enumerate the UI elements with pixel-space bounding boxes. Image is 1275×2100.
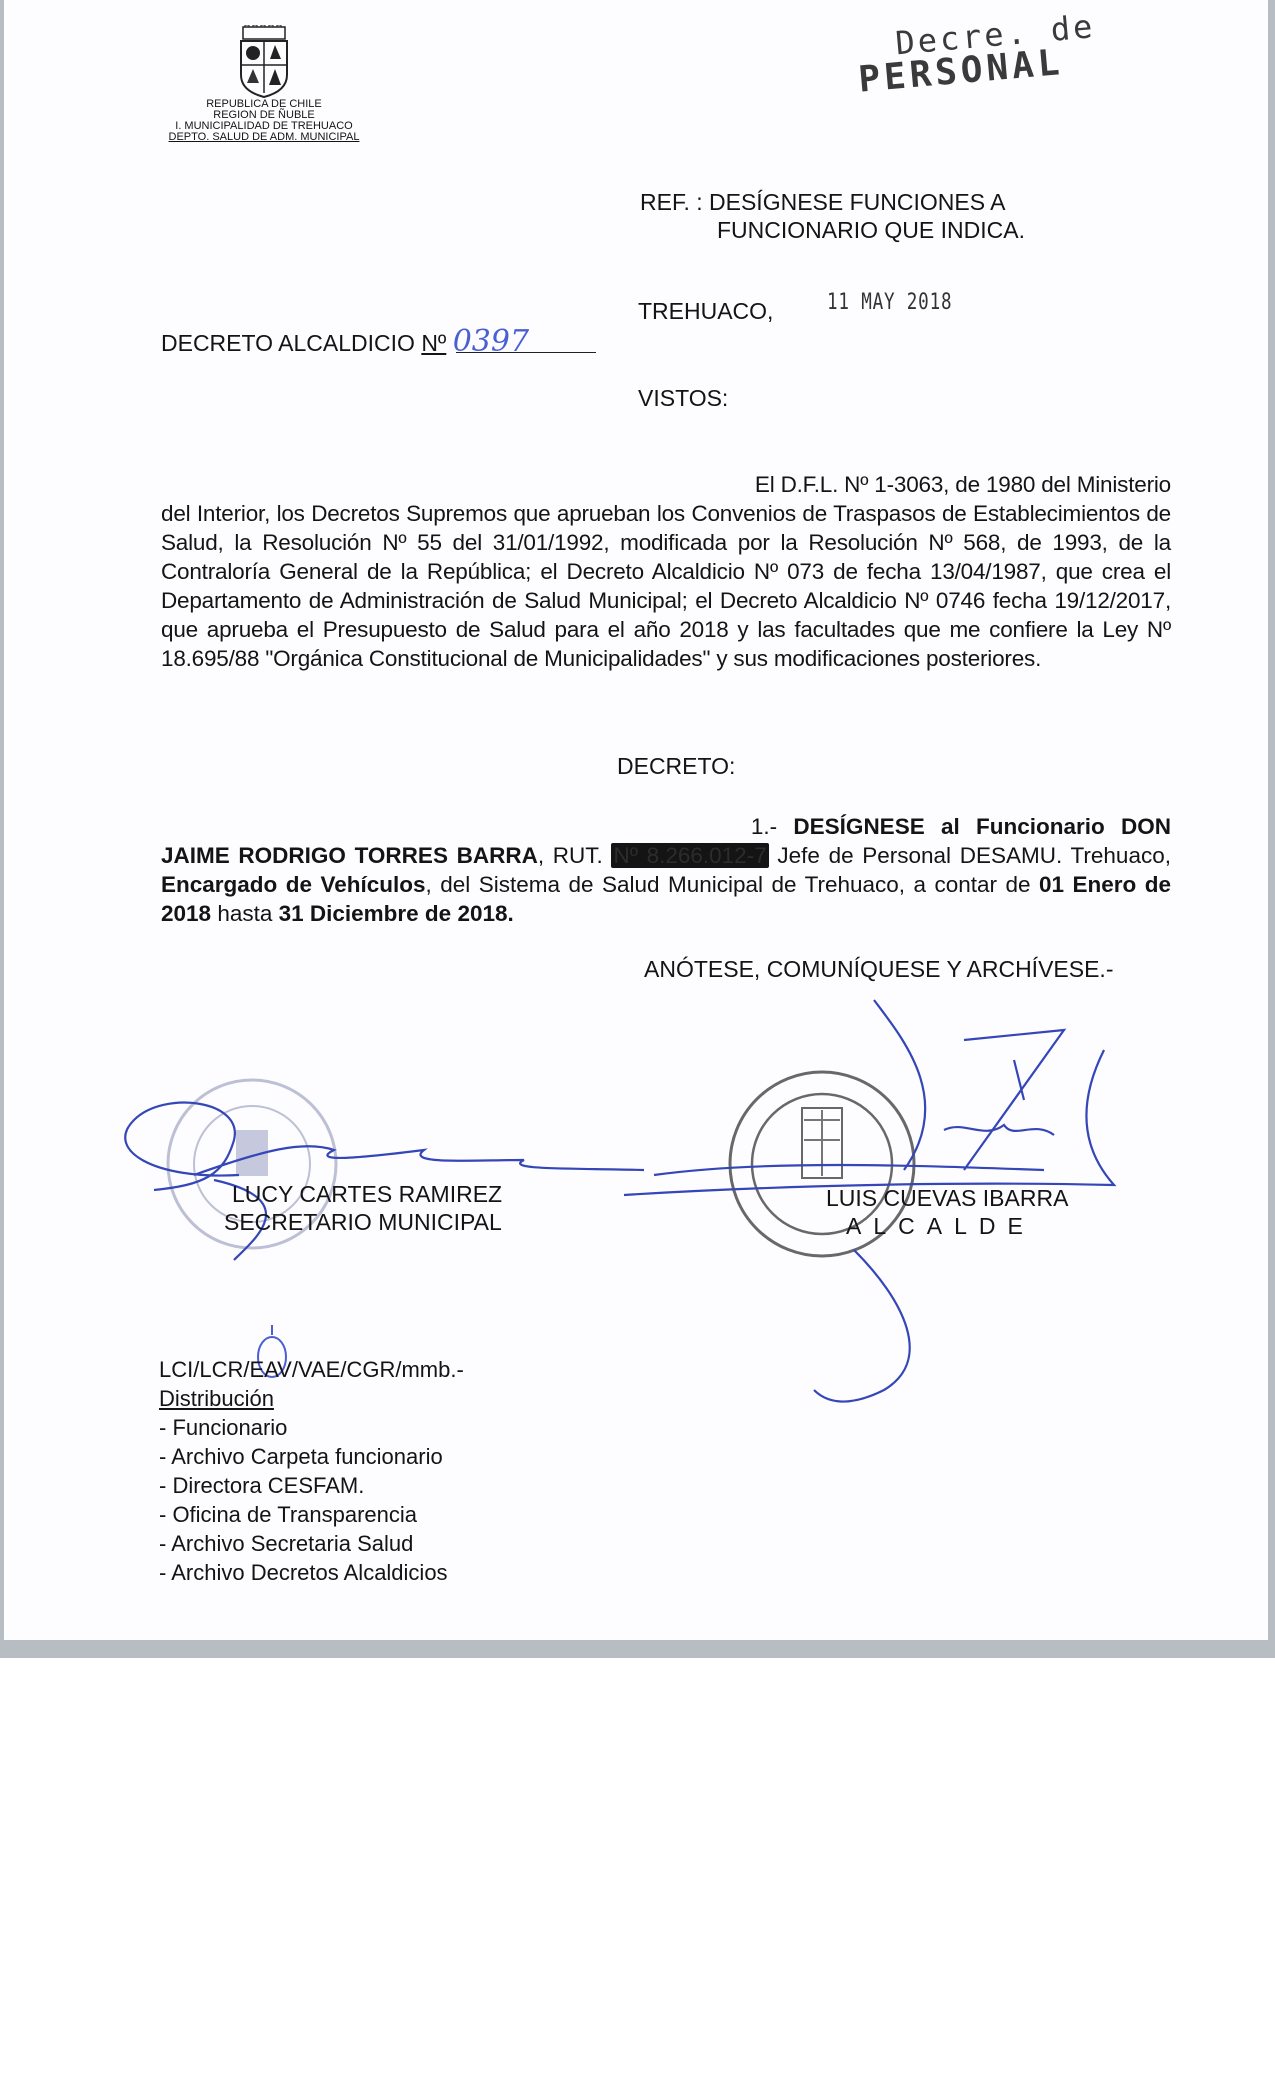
closing-formula: ANÓTESE, COMUNÍQUESE Y ARCHÍVESE.- (644, 956, 1113, 983)
distribution-item: - Oficina de Transparencia (159, 1500, 464, 1529)
secretary-name: LUCY CARTES RAMIREZ (232, 1180, 502, 1208)
date-stamp: 11 MAY 2018 (827, 290, 952, 315)
distribution-item: - Directora CESFAM. (159, 1471, 464, 1500)
letterhead-line: DEPTO. SALUD DE ADM. MUNICIPAL (154, 132, 374, 143)
role-context: , del Sistema de Salud Municipal de Treh… (426, 872, 1039, 897)
decree-label: DECRETO ALCALDICIO (161, 330, 415, 356)
number-underline (456, 352, 596, 353)
municipal-coat-of-arms-icon (237, 25, 291, 99)
distribution-item: - Archivo Decretos Alcaldicios (159, 1558, 464, 1587)
vistos-text: del Interior, los Decretos Supremos que … (161, 501, 1171, 671)
distribution-heading: Distribución (159, 1384, 464, 1413)
personal-stamp: Decre. de PERSONAL (854, 7, 1100, 101)
item-number: 1.- (751, 814, 777, 839)
decreto-heading: DECRETO: (617, 753, 735, 780)
position-text: Jefe de Personal DESAMU. Trehuaco, (769, 843, 1171, 868)
reference-line-1: DESÍGNESE FUNCIONES A (709, 189, 1006, 215)
reference-initials: LCI/LCR/EAV/VAE/CGR/mmb.- (159, 1355, 464, 1384)
resolution-first-line: 1.- DESÍGNESE al Funcionario DON (161, 812, 1171, 841)
distribution-item: - Archivo Carpeta funcionario (159, 1442, 464, 1471)
pre-name: al Funcionario DON (941, 814, 1171, 839)
mayor-title: ALCALDE (804, 1212, 1068, 1240)
period: . (508, 901, 514, 926)
secretary-title: SECRETARIO MUNICIPAL (224, 1208, 502, 1236)
end-date: 31 Diciembre de 2018 (279, 901, 508, 926)
vistos-heading: VISTOS: (638, 385, 728, 412)
distribution-item: - Funcionario (159, 1413, 464, 1442)
reference-block: REF. : DESÍGNESE FUNCIONES A FUNCIONARIO… (640, 188, 1025, 244)
vistos-first-line: El D.F.L. Nº 1-3063, de 1980 del Ministe… (161, 470, 1171, 499)
place: TREHUACO, (638, 298, 773, 325)
role: Encargado de Vehículos (161, 872, 426, 897)
secretary-signature-block: LUCY CARTES RAMIREZ SECRETARIO MUNICIPAL (232, 1180, 502, 1236)
document-page: REPUBLICA DE CHILE REGION DE ÑUBLE I. MU… (4, 0, 1268, 1640)
distribution-item: - Archivo Secretaria Salud (159, 1529, 464, 1558)
rut-label: , RUT. (538, 843, 603, 868)
distribution-block: LCI/LCR/EAV/VAE/CGR/mmb.- Distribución -… (159, 1355, 464, 1587)
handwritten-decree-number: 0397 (453, 324, 529, 359)
vistos-paragraph: El D.F.L. Nº 1-3063, de 1980 del Ministe… (161, 470, 1171, 673)
decree-resolution: 1.- DESÍGNESE al Funcionario DON JAIME R… (161, 812, 1171, 928)
reference-label: REF. : (640, 189, 703, 215)
verb: DESÍGNESE (793, 814, 924, 839)
number-sign: Nº (421, 330, 446, 356)
redacted-rut: Nº 8.266.012-7 (611, 843, 768, 868)
mayor-signature-block: LUIS CUEVAS IBARRA ALCALDE (826, 1184, 1068, 1240)
employee-name: JAIME RODRIGO TORRES BARRA (161, 843, 538, 868)
between-text: hasta (211, 901, 279, 926)
mayor-name: LUIS CUEVAS IBARRA (826, 1184, 1068, 1212)
stamp-line-2: PERSONAL (857, 39, 1100, 101)
decree-number: DECRETO ALCALDICIO Nº 0397 (161, 324, 529, 359)
letterhead: REPUBLICA DE CHILE REGION DE ÑUBLE I. MU… (154, 99, 374, 143)
reference-line-2: FUNCIONARIO QUE INDICA. (640, 216, 1025, 244)
